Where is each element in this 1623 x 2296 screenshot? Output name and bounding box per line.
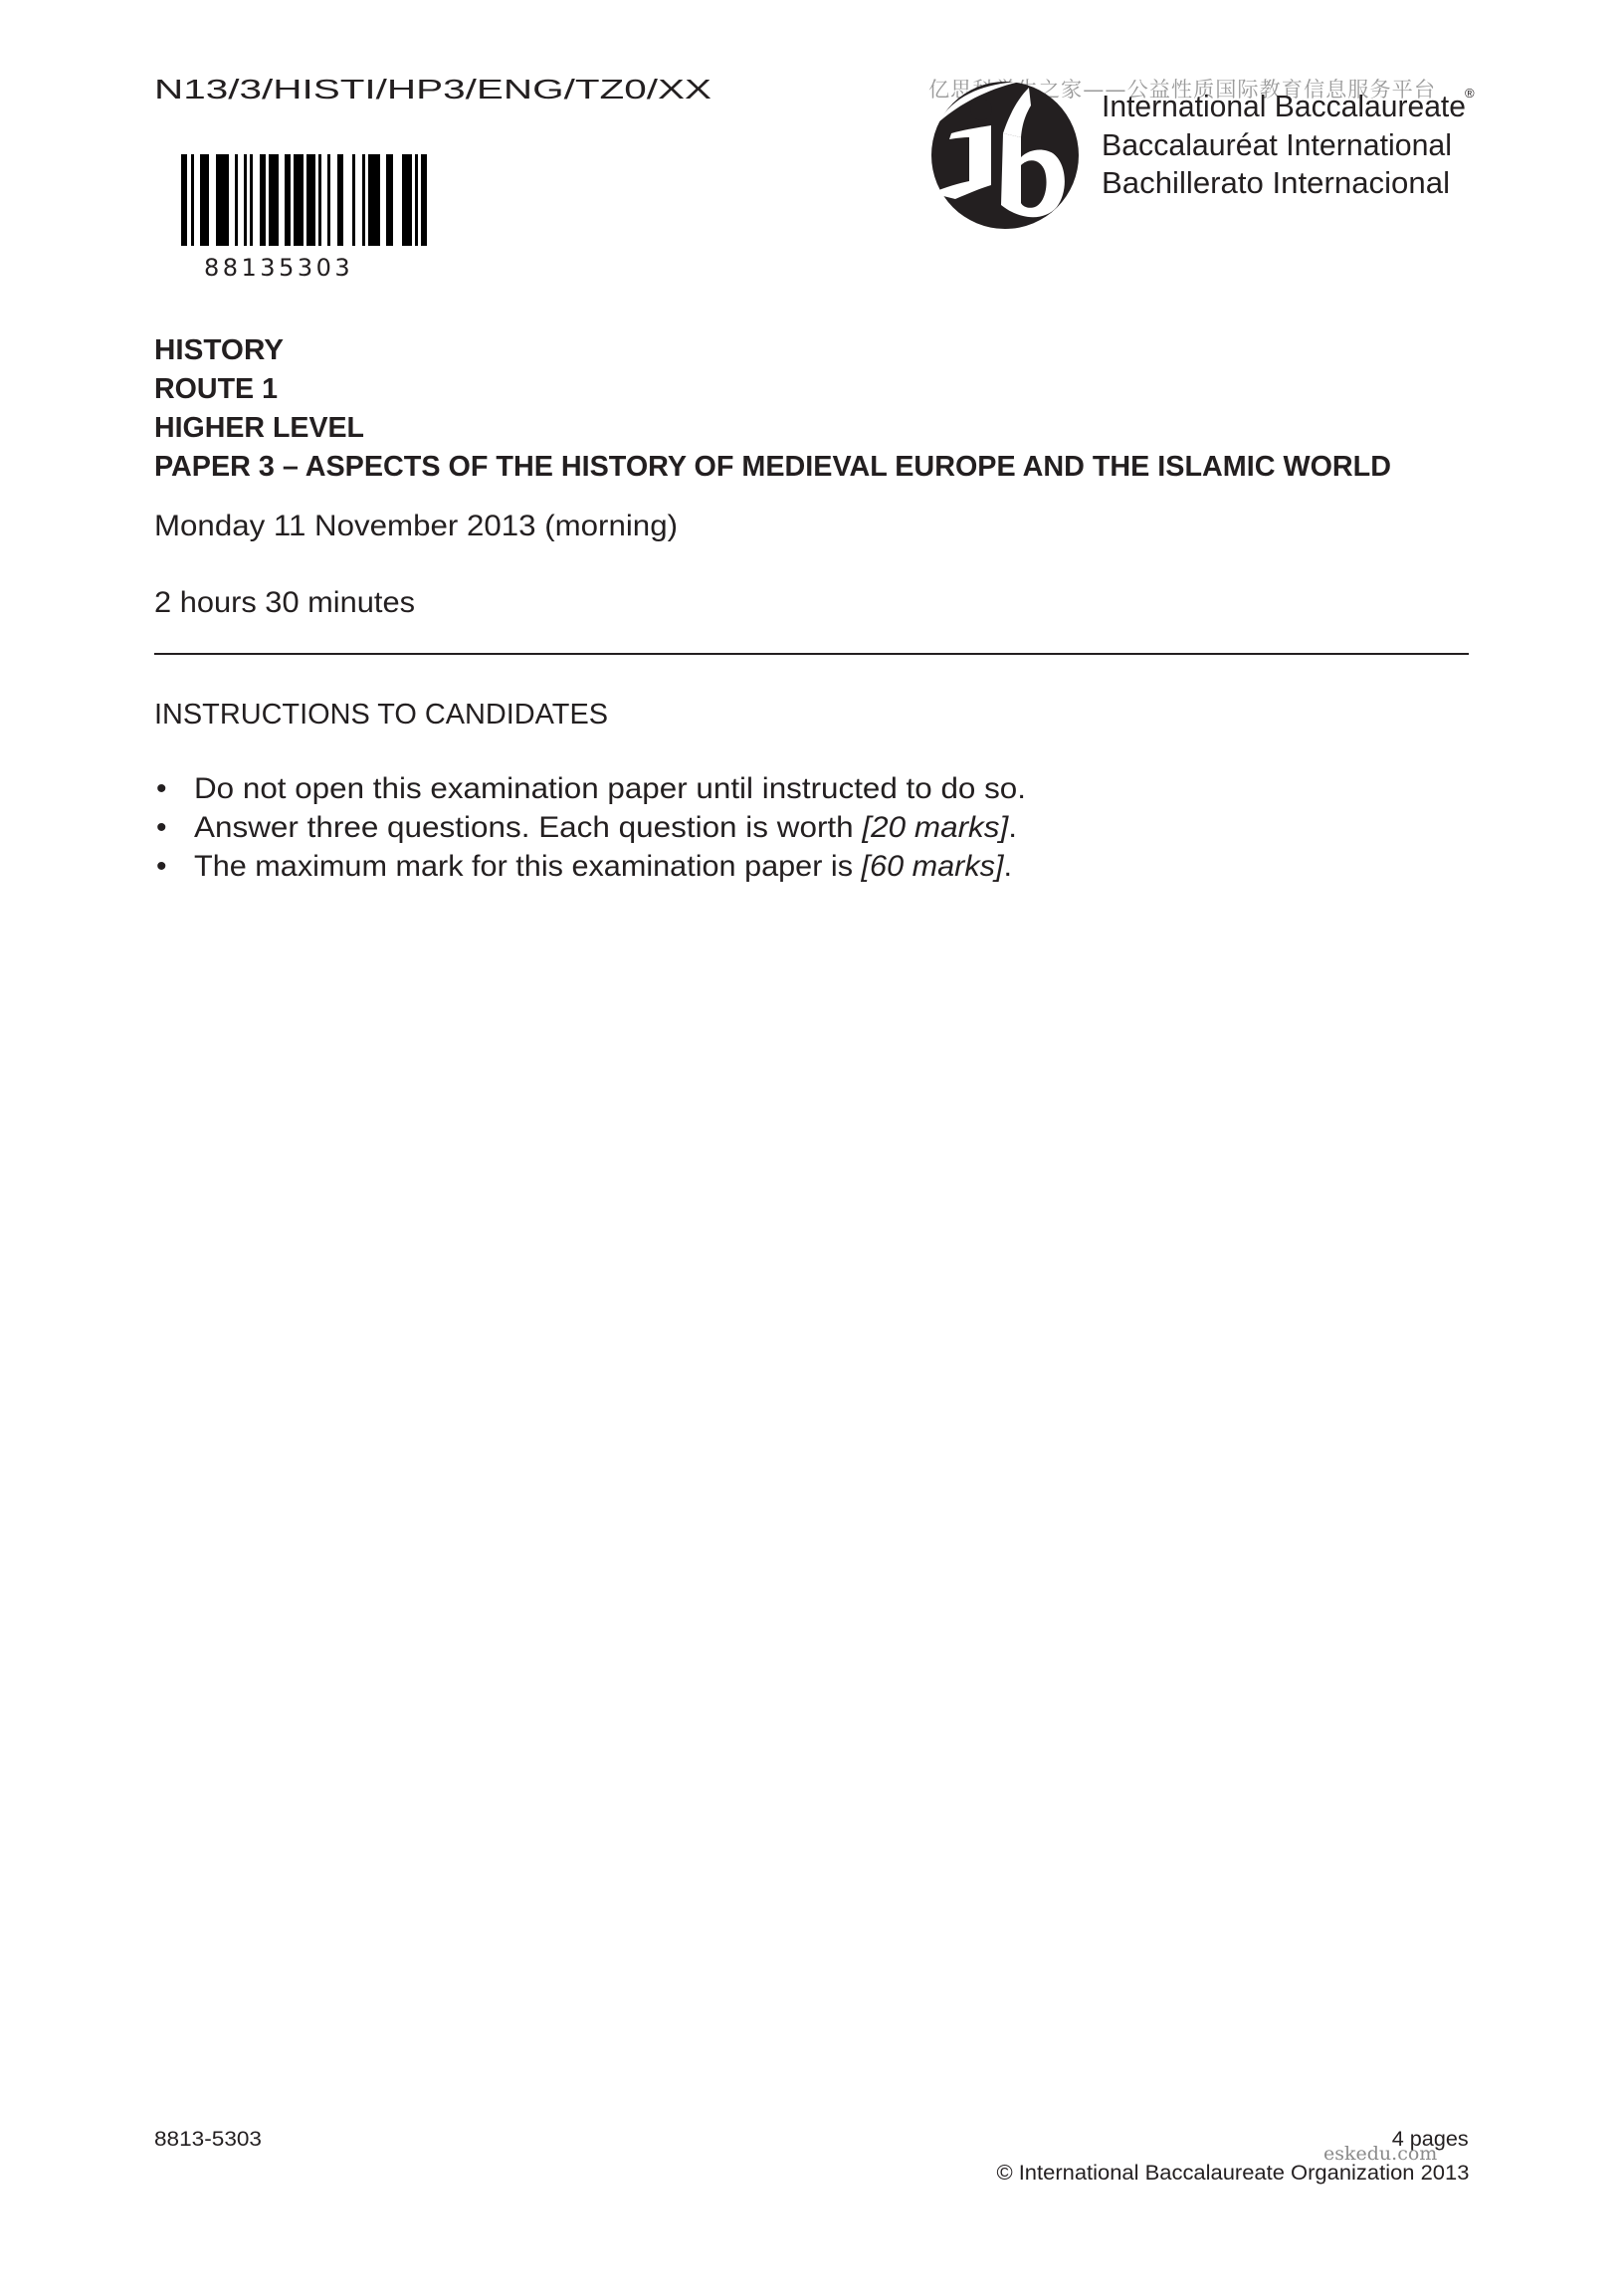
instruction-emphasis: [60 marks] [862,850,1004,883]
barcode-number: 88135303 [204,254,353,282]
instruction-text: Do not open this examination paper until… [194,772,1026,805]
logo-line-french: Baccalauréat International [1102,127,1452,163]
exam-duration: 2 hours 30 minutes [154,586,408,620]
registered-mark: ® [1465,86,1475,101]
copyright: © International Baccalaureate Organizati… [1017,2162,1469,2186]
barcode [181,154,430,246]
divider-rule [154,653,1469,655]
instructions-title-text: INSTRUCTIONS TO CANDIDATES [154,699,608,731]
logo-text-spanish: Bachillerato Internacional [1102,165,1448,201]
instruction-text: Answer three questions. Each question is… [194,811,862,844]
logo-text-french: Baccalauréat International [1102,127,1460,163]
paper-title-heading: PAPER 3 – ASPECTS OF THE HISTORY OF MEDI… [154,451,1402,484]
exam-duration-text: 2 hours 30 minutes [154,586,415,620]
level-heading: HIGHER LEVEL [154,412,367,445]
instruction-item: Answer three questions. Each question is… [194,811,979,845]
exam-date: Monday 11 November 2013 (morning) [154,510,657,543]
bullet-icon: • [156,811,167,845]
ib-logo-icon [925,76,1090,235]
instruction-item: The maximum mark for this examination pa… [194,850,995,884]
subject-heading: HISTORY [154,334,281,367]
level-text: HIGHER LEVEL [154,412,364,445]
route-text: ROUTE 1 [154,373,278,406]
instruction-item: Do not open this examination paper until… [194,772,989,806]
route-heading: ROUTE 1 [154,373,280,406]
logo-line-spanish: Bachillerato Internacional [1102,165,1450,201]
paper-code: N13/3/HISTI/HP3/ENG/TZ0/XX [154,74,539,105]
footer-code-text: 8813-5303 [154,2128,262,2152]
subject-text: HISTORY [154,334,284,367]
instructions-title: INSTRUCTIONS TO CANDIDATES [154,699,610,731]
footer-code: 8813-5303 [154,2128,254,2152]
instruction-suffix: . [1003,850,1012,883]
bullet-icon: • [156,850,167,884]
instruction-emphasis: [20 marks] [862,811,1008,844]
bullet-icon: • [156,772,167,806]
logo-text-english: International Baccalaureate [1102,89,1477,124]
copyright-text: © International Baccalaureate Organizati… [996,2162,1469,2186]
instruction-suffix: . [1008,811,1017,844]
instruction-text: The maximum mark for this examination pa… [194,850,862,883]
logo-line-english: International Baccalaureate [1102,89,1466,124]
exam-date-text: Monday 11 November 2013 (morning) [154,510,678,543]
paper-title-text: PAPER 3 – ASPECTS OF THE HISTORY OF MEDI… [154,451,1391,484]
paper-code-text: N13/3/HISTI/HP3/ENG/TZ0/XX [154,74,711,105]
watermark-bottom: eskedu.com [1323,2143,1437,2165]
